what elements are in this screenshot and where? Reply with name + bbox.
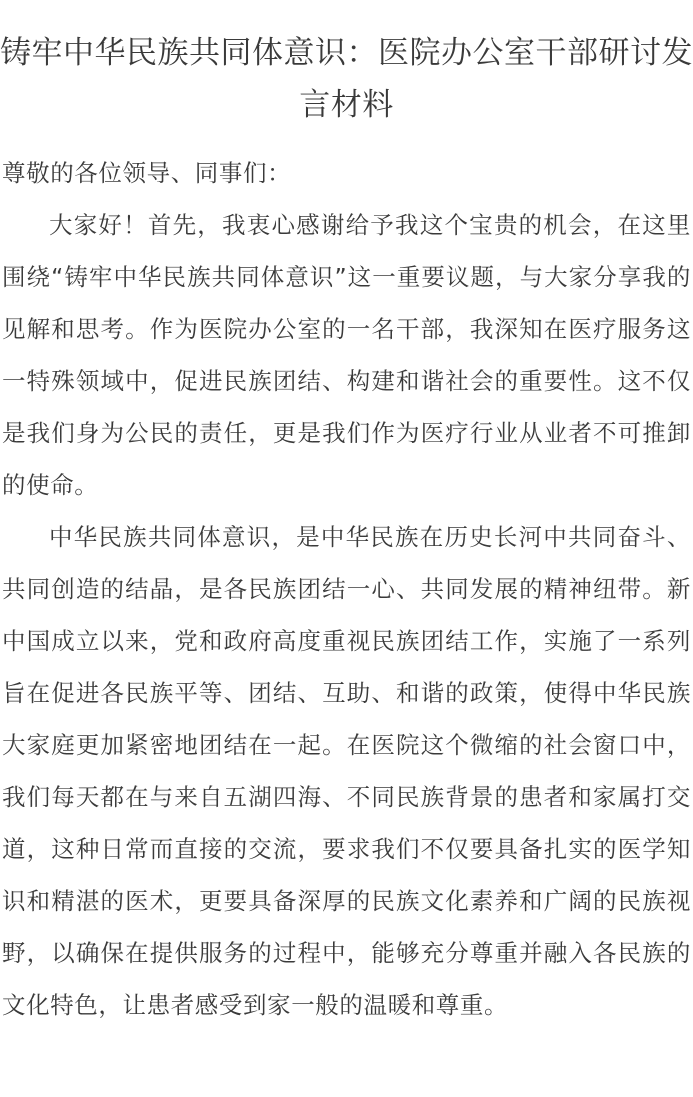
salutation: 尊敬的各位领导、同事们： bbox=[2, 147, 691, 199]
paragraph-1: 大家好！首先，我衷心感谢给予我这个宝贵的机会，在这里围绕“铸牢中华民族共同体意识… bbox=[2, 199, 691, 511]
paragraph-2: 中华民族共同体意识，是中华民族在历史长河中共同奋斗、共同创造的结晶，是各民族团结… bbox=[2, 511, 691, 1031]
page-title: 铸牢中华民族共同体意识：医院办公室干部研讨发言材料 bbox=[0, 0, 693, 131]
article-body: 尊敬的各位领导、同事们： 大家好！首先，我衷心感谢给予我这个宝贵的机会，在这里围… bbox=[0, 147, 693, 1031]
